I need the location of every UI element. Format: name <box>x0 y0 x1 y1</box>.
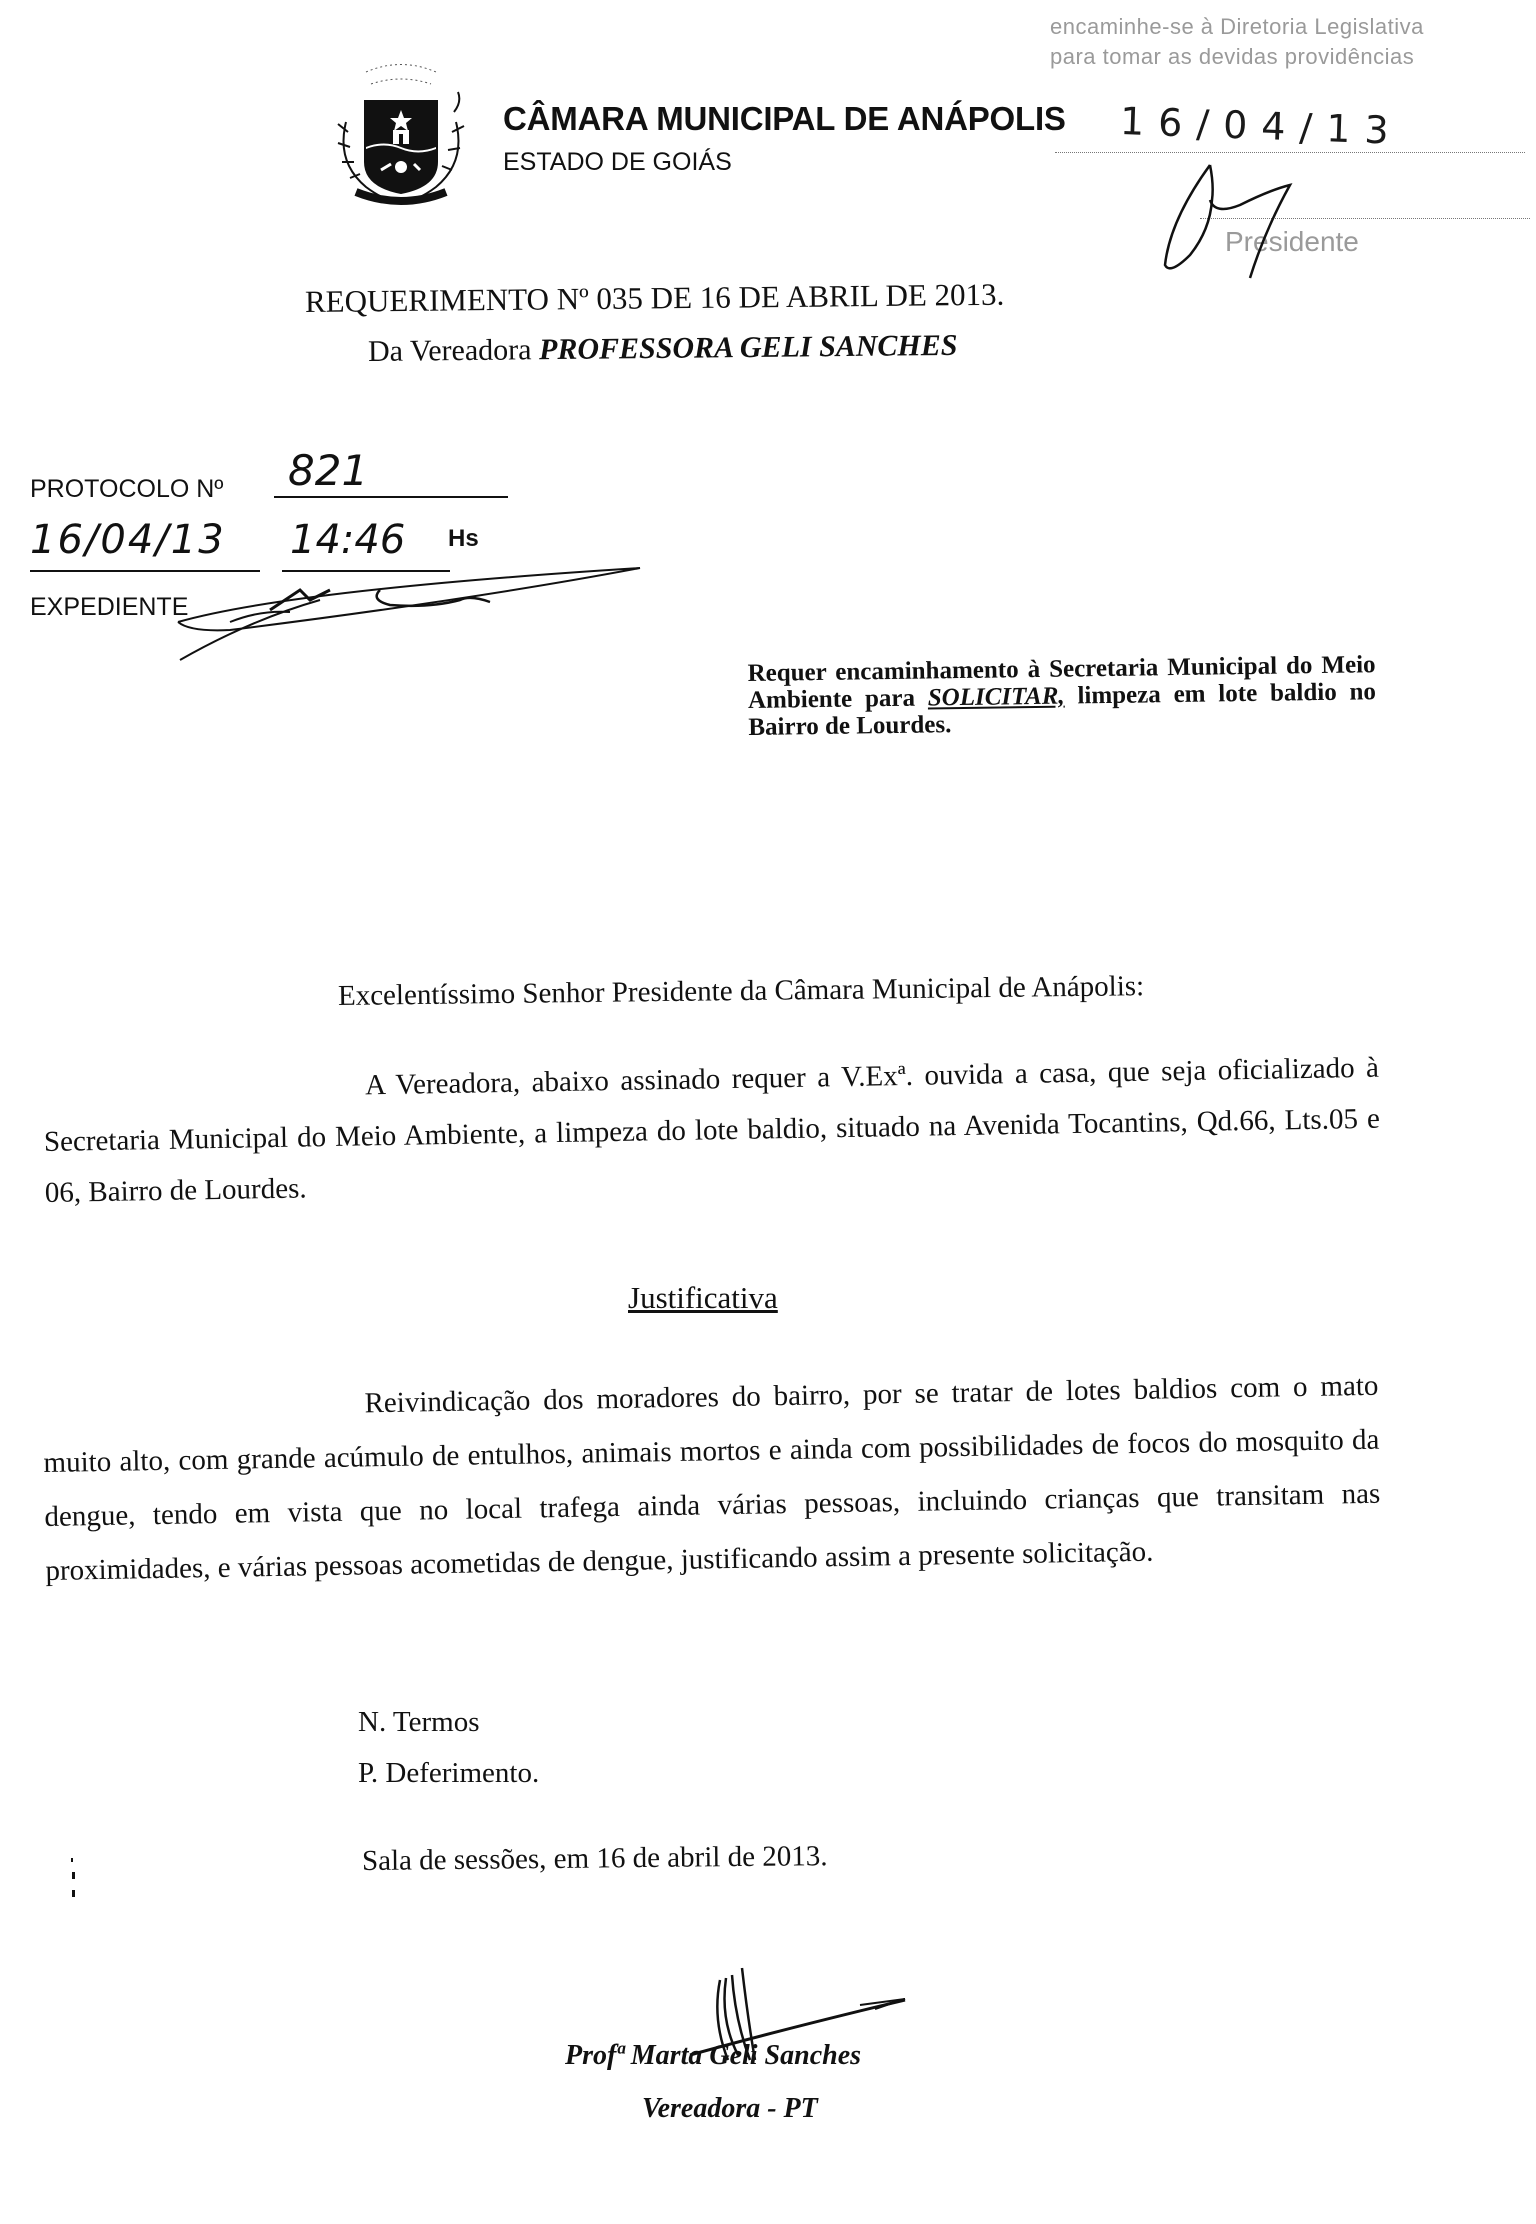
requirement-title: REQUERIMENTO Nº 035 DE 16 DE ABRIL DE 20… <box>305 277 1005 320</box>
protocol-number: 821 <box>274 438 508 498</box>
scan-artifact-mark <box>70 1858 76 1898</box>
summary-emphasis: SOLICITAR, <box>928 683 1065 712</box>
protocol-label: PROTOCOLO Nº <box>30 475 223 504</box>
protocol-time-suffix: Hs <box>448 525 479 553</box>
expediente-signature-icon <box>170 560 650 670</box>
closing-line-1: N. Termos <box>358 1706 479 1739</box>
signatory-name: Profª Marta Geli Sanches <box>565 2040 861 2072</box>
requirement-author: Da Vereadora PROFESSORA GELI SANCHES <box>368 329 958 369</box>
signatory-role: Vereadora - PT <box>642 2093 818 2125</box>
coat-of-arms-icon <box>326 52 476 212</box>
dispatch-stamp-line-2: para tomar as devidas providências <box>1050 44 1414 70</box>
justification-paragraph: Reivindicação dos moradores do bairro, p… <box>42 1359 1382 1598</box>
request-paragraph: A Vereadora, abaixo assinado requer a V.… <box>43 1043 1381 1219</box>
president-signature-icon <box>1150 160 1320 280</box>
organization-name: CÂMARA MUNICIPAL DE ANÁPOLIS <box>503 100 1066 138</box>
organization-state: ESTADO DE GOIÁS <box>503 148 732 177</box>
place-and-date: Sala de sessões, em 16 de abril de 2013. <box>362 1840 828 1878</box>
dispatch-stamp-date: 16/04/13 <box>1119 99 1403 153</box>
dispatch-stamp-line-1: encaminhe-se à Diretoria Legislativa <box>1050 14 1424 40</box>
author-prefix: Da Vereadora <box>368 333 539 368</box>
author-name: PROFESSORA GELI SANCHES <box>539 329 958 366</box>
closing-line-2: P. Deferimento. <box>358 1757 539 1790</box>
justification-heading: Justificativa <box>628 1280 778 1316</box>
expediente-label: EXPEDIENTE <box>30 593 188 622</box>
dispatch-date-line <box>1055 152 1525 153</box>
request-summary: Requer encaminhamento à Secretaria Munic… <box>747 651 1376 741</box>
salutation: Excelentíssimo Senhor Presidente da Câma… <box>338 970 1145 1013</box>
